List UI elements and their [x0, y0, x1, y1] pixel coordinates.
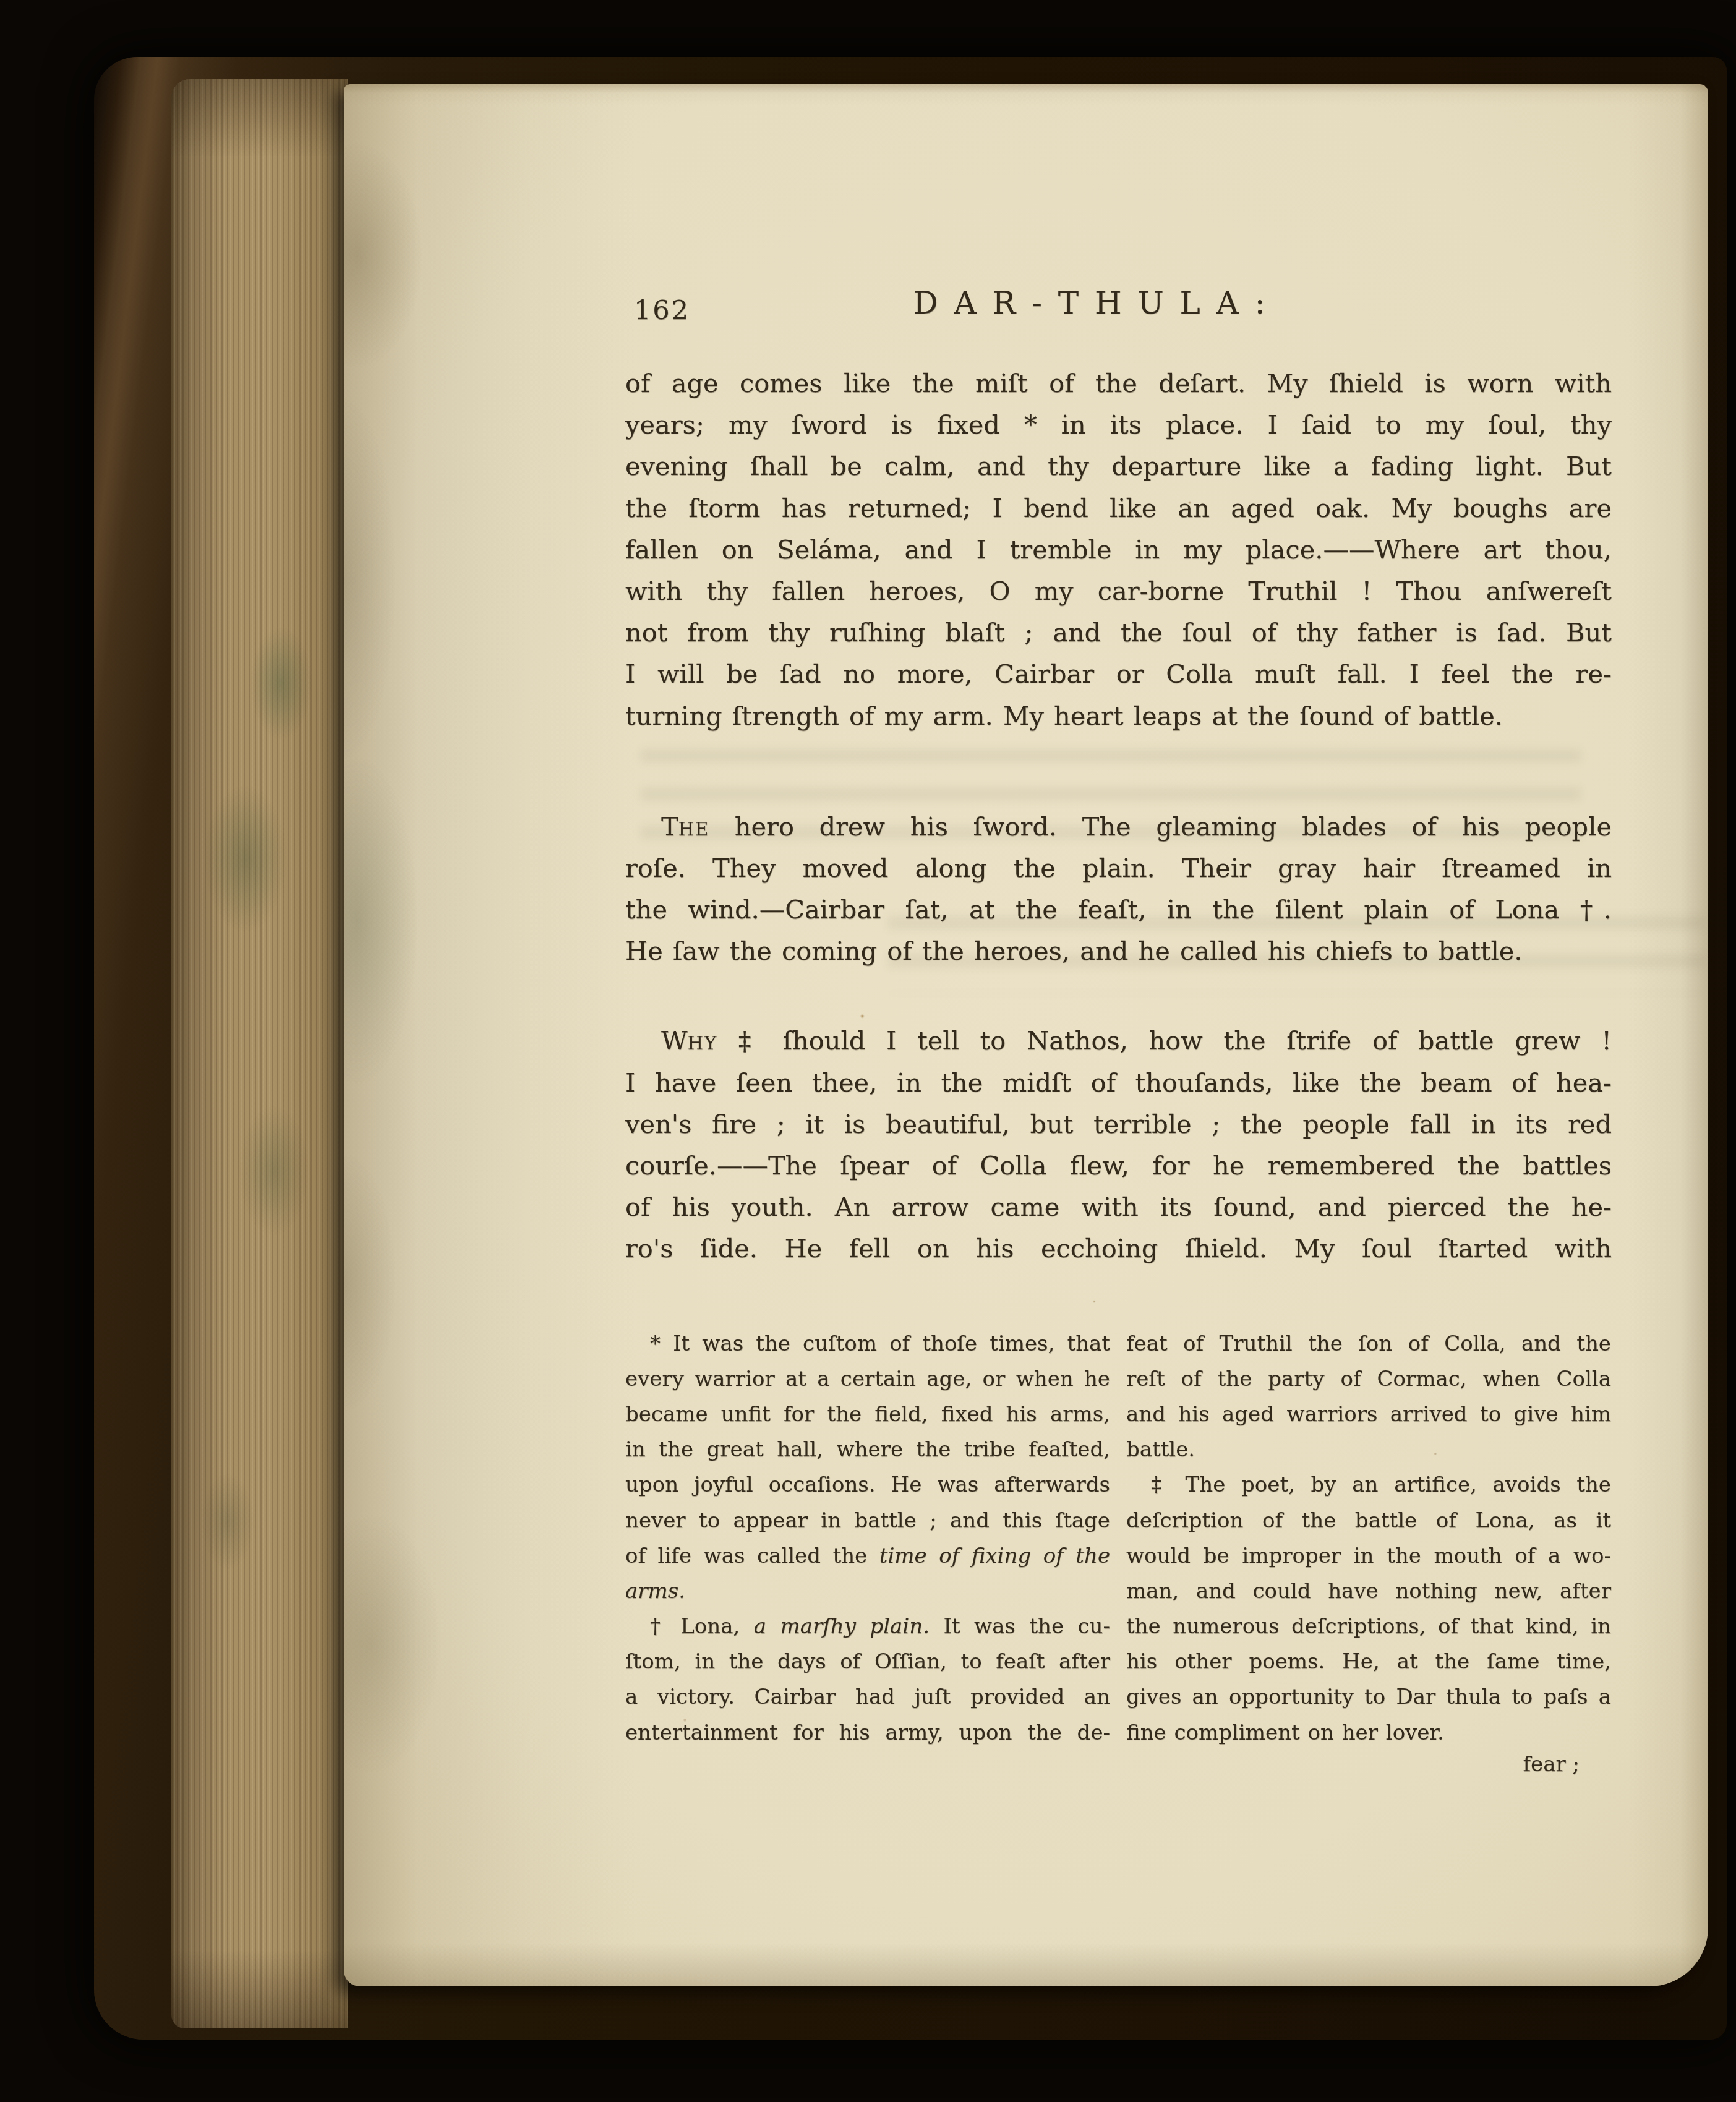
footnote-asterisk: * It was the cuſtom of thoſe times, that…: [625, 1327, 1110, 1610]
text-line: the numerous deſcriptions, of that kind,…: [1126, 1609, 1611, 1644]
book-page: 162 D A R - T H U L A : of age comes lik…: [344, 84, 1708, 1986]
text-line: battle.: [1126, 1432, 1611, 1468]
text-line: arms.: [625, 1574, 1110, 1609]
catchword: fear ;: [625, 1752, 1612, 1777]
text-line: He ſaw the coming of the heroes, and he …: [625, 930, 1612, 972]
text-line: years; my ſword is fixed * in its place.…: [625, 404, 1612, 445]
text-line: with thy fallen heroes, O my car-borne T…: [625, 570, 1612, 612]
text-line: upon joyful occaſions. He was afterwards: [625, 1468, 1110, 1503]
page-title: D A R - T H U L A :: [597, 285, 1584, 321]
text-line: fallen on Seláma, and I tremble in my pl…: [625, 529, 1612, 570]
text-line: ven's fire ; it is beautiful, but terrib…: [625, 1103, 1612, 1145]
text-line: ro's ſide. He fell on his ecchoing ſhiel…: [625, 1228, 1612, 1269]
text-line: evening ſhall be calm, and thy departure…: [625, 445, 1612, 487]
footnote-right-column: feat of Truthil the ſon of Colla, and th…: [1126, 1327, 1611, 1751]
footnote-dagger-continued: feat of Truthil the ſon of Colla, and th…: [1126, 1327, 1611, 1468]
text-line: every warrior at a certain age, or when …: [625, 1362, 1110, 1397]
text-line: not from thy ruſhing blaſt ; and the ſou…: [625, 612, 1612, 653]
text-line: reſt of the party of Cormac, when Colla: [1126, 1362, 1611, 1397]
text-block: 162 D A R - T H U L A : of age comes lik…: [625, 285, 1612, 1777]
text-line: of age comes like the miſt of the deſart…: [625, 362, 1612, 404]
text-line: ſtom, in the days of Oſſian, to feaſt af…: [625, 1644, 1110, 1680]
text-line: † Lona, a marſhy plain. It was the cu-: [625, 1609, 1110, 1644]
text-line: * It was the cuſtom of thoſe times, that: [625, 1327, 1110, 1362]
page-edges: [171, 79, 348, 2028]
text-line: turning ſtrength of my arm. My heart lea…: [625, 695, 1612, 737]
text-line: roſe. They moved along the plain. Their …: [625, 847, 1612, 889]
text-line: courſe.——The ſpear of Colla flew, for he…: [625, 1145, 1612, 1186]
paragraph-3: Why ‡ ſhould I tell to Nathos, how the ſ…: [625, 1020, 1612, 1269]
text-line: gives an opportunity to Dar thula to paſ…: [1126, 1680, 1611, 1715]
text-line: man, and could have nothing new, after: [1126, 1574, 1611, 1609]
text-line: a victory. Cairbar had juſt provided an: [625, 1680, 1110, 1715]
text-line: deſcription of the battle of Lona, as it: [1126, 1503, 1611, 1539]
running-head: 162 D A R - T H U L A :: [625, 285, 1612, 328]
footnote-double-dagger: ‡ The poet, by an artifice, avoids thede…: [1126, 1468, 1611, 1751]
text-line: ‡ The poet, by an artifice, avoids the: [1126, 1468, 1611, 1503]
text-line: and his aged warriors arrived to give hi…: [1126, 1397, 1611, 1432]
text-line: I will be ſad no more, Cairbar or Colla …: [625, 653, 1612, 694]
text-line: never to appear in battle ; and this ſta…: [625, 1503, 1110, 1539]
text-line: the wind.—Cairbar ſat, at the feaſt, in …: [625, 889, 1612, 930]
text-line: his other poems. He, at the ſame time,: [1126, 1644, 1611, 1680]
text-line: feat of Truthil the ſon of Colla, and th…: [1126, 1327, 1611, 1362]
text-line: would be improper in the mouth of a wo-: [1126, 1539, 1611, 1574]
text-line: Why ‡ ſhould I tell to Nathos, how the ſ…: [625, 1020, 1612, 1061]
footnote-left-column: * It was the cuſtom of thoſe times, that…: [625, 1327, 1110, 1751]
text-line: in the great hall, where the tribe feaſt…: [625, 1432, 1110, 1468]
book-photo: 162 D A R - T H U L A : of age comes lik…: [0, 0, 1736, 2102]
text-line: I have ſeen thee, in the midſt of thouſa…: [625, 1062, 1612, 1103]
text-line: became unfit for the field, fixed his ar…: [625, 1397, 1110, 1432]
text-line: of his youth. An arrow came with its ſou…: [625, 1186, 1612, 1228]
text-line: of life was called the time of fixing of…: [625, 1539, 1110, 1574]
text-line: The hero drew his ſword. The gleaming bl…: [625, 806, 1612, 847]
footnote-dagger: † Lona, a marſhy plain. It was the cu-ſt…: [625, 1609, 1110, 1751]
text-line: the ſtorm has returned; I bend like an a…: [625, 487, 1612, 529]
text-line: fine compliment on her lover.: [1126, 1715, 1611, 1751]
paragraph-2: The hero drew his ſword. The gleaming bl…: [625, 806, 1612, 972]
paragraph-1: of age comes like the miſt of the deſart…: [625, 362, 1612, 737]
footnotes: * It was the cuſtom of thoſe times, that…: [625, 1327, 1612, 1751]
text-line: entertainment for his army, upon the de-: [625, 1715, 1110, 1751]
